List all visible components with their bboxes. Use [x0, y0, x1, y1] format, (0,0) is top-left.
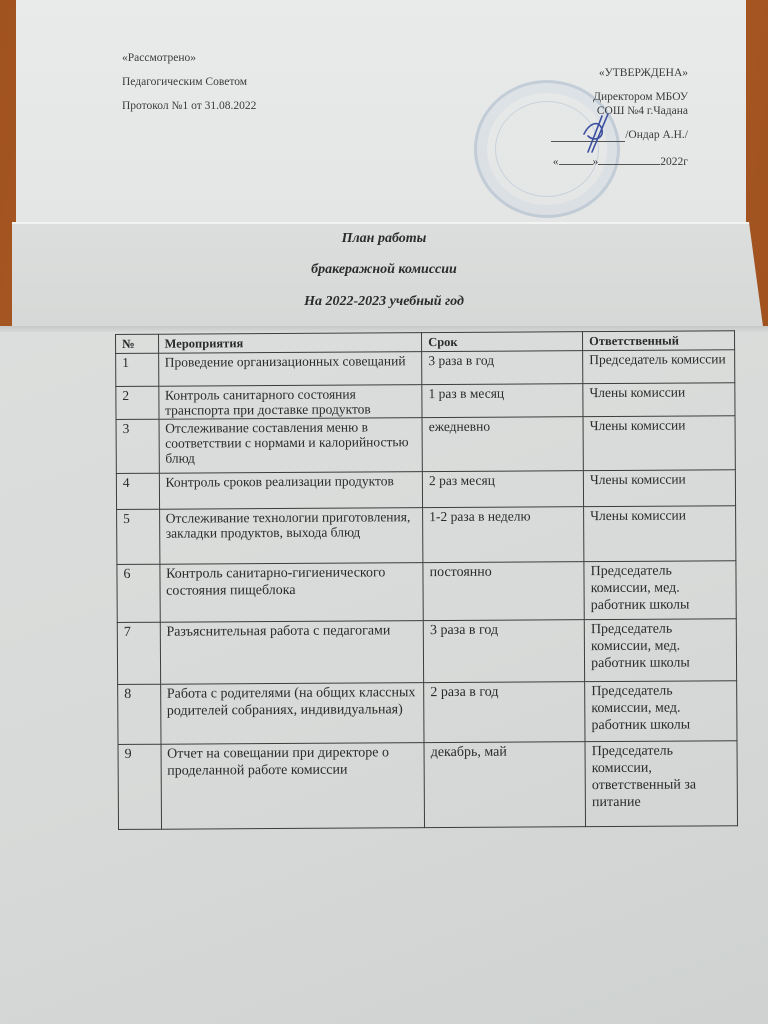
row-activity: Отслеживание составления меню в соответс…	[159, 418, 423, 474]
row-term: 3 раза в год	[423, 620, 584, 683]
row-number: 9	[118, 744, 161, 829]
row-responsible: Председатель комиссии, мед. работник шко…	[585, 681, 737, 742]
row-activity: Проведение организационных совещаний	[158, 352, 422, 387]
row-number: 6	[117, 564, 160, 622]
row-term: 2 раз месяц	[422, 471, 583, 508]
row-term: постоянно	[423, 562, 584, 621]
row-responsible: Члены комиссии	[584, 506, 736, 562]
approval-label: «УТВЕРЖДЕНА»	[551, 66, 688, 80]
row-responsible: Члены комиссии	[583, 470, 735, 507]
row-term: ежедневно	[422, 417, 583, 472]
row-number: 3	[116, 419, 159, 473]
row-number: 4	[116, 473, 159, 509]
approval-date-line: «»2022г	[551, 154, 688, 169]
row-responsible: Председатель комиссии, мед. работник шко…	[584, 561, 736, 620]
row-number: 8	[118, 684, 161, 744]
month-blank	[598, 154, 660, 165]
column-header-responsible: Ответственный	[583, 331, 735, 351]
review-label: «Рассмотрено»	[122, 46, 256, 70]
approval-position: Директором МБОУ	[551, 90, 688, 104]
row-responsible: Председатель комиссии	[583, 350, 735, 384]
row-activity: Работа с родителями (на общих классных р…	[160, 683, 424, 745]
day-blank	[559, 154, 593, 165]
date-year: 2022г	[660, 156, 688, 168]
row-number: 5	[117, 509, 160, 564]
document-subtitle: бракеражной комиссии	[0, 262, 768, 278]
review-block: «Рассмотрено» Педагогическим Советом Про…	[122, 46, 256, 118]
review-body: Педагогическим Советом	[122, 70, 256, 94]
row-responsible: Председатель комиссии, ответственный за …	[585, 741, 737, 827]
row-number: 2	[116, 386, 159, 419]
column-header-activity: Мероприятия	[158, 333, 422, 354]
table-row: 9 Отчет на совещании при директоре о про…	[118, 741, 738, 830]
row-activity: Разъяснительная работа с педагогами	[160, 621, 424, 685]
work-plan-table: № Мероприятия Срок Ответственный 1 Прове…	[115, 330, 738, 830]
table-row: 4 Контроль сроков реализации продуктов 2…	[116, 470, 735, 510]
table-row: 6 Контроль санитарно-гигиенического сост…	[117, 561, 736, 623]
row-number: 1	[116, 353, 159, 386]
row-responsible: Члены комиссии	[583, 383, 735, 417]
row-activity: Отчет на совещании при директоре о проде…	[161, 743, 425, 830]
approval-signer: /Ондар А.Н./	[625, 129, 688, 141]
column-header-number: №	[116, 334, 159, 353]
document-year: На 2022-2023 учебный год	[0, 294, 768, 310]
table-row: 8 Работа с родителями (на общих классных…	[118, 681, 737, 745]
row-activity: Контроль сроков реализации продуктов	[159, 472, 423, 510]
row-term: 3 раза в год	[422, 351, 583, 385]
document-title: План работы	[0, 231, 768, 247]
row-activity: Отслеживание технологии приготовления, з…	[159, 508, 423, 565]
row-term: 2 раза в год	[424, 682, 585, 743]
review-protocol: Протокол №1 от 31.08.2022	[122, 94, 256, 118]
row-activity: Контроль санитарно-гигиенического состоя…	[160, 563, 424, 623]
table-row: 5 Отслеживание технологии приготовления,…	[117, 506, 736, 565]
row-term: декабрь, май	[424, 742, 586, 828]
table-row: 7 Разъяснительная работа с педагогами 3 …	[117, 619, 736, 685]
row-term: 1 раз в месяц	[422, 384, 583, 418]
row-activity: Контроль санитарного состояния транспорт…	[158, 385, 422, 420]
handwritten-signature-icon	[580, 112, 620, 154]
table-row: 1 Проведение организационных совещаний 3…	[116, 350, 735, 387]
row-responsible: Председатель комиссии, мед. работник шко…	[584, 619, 736, 682]
table-row: 3 Отслеживание составления меню в соотве…	[116, 416, 735, 474]
column-header-term: Срок	[422, 332, 583, 352]
row-term: 1-2 раза в неделю	[423, 507, 584, 563]
table-row: 2 Контроль санитарного состояния транспо…	[116, 383, 735, 420]
row-number: 7	[117, 622, 160, 684]
row-responsible: Члены комиссии	[583, 416, 735, 471]
